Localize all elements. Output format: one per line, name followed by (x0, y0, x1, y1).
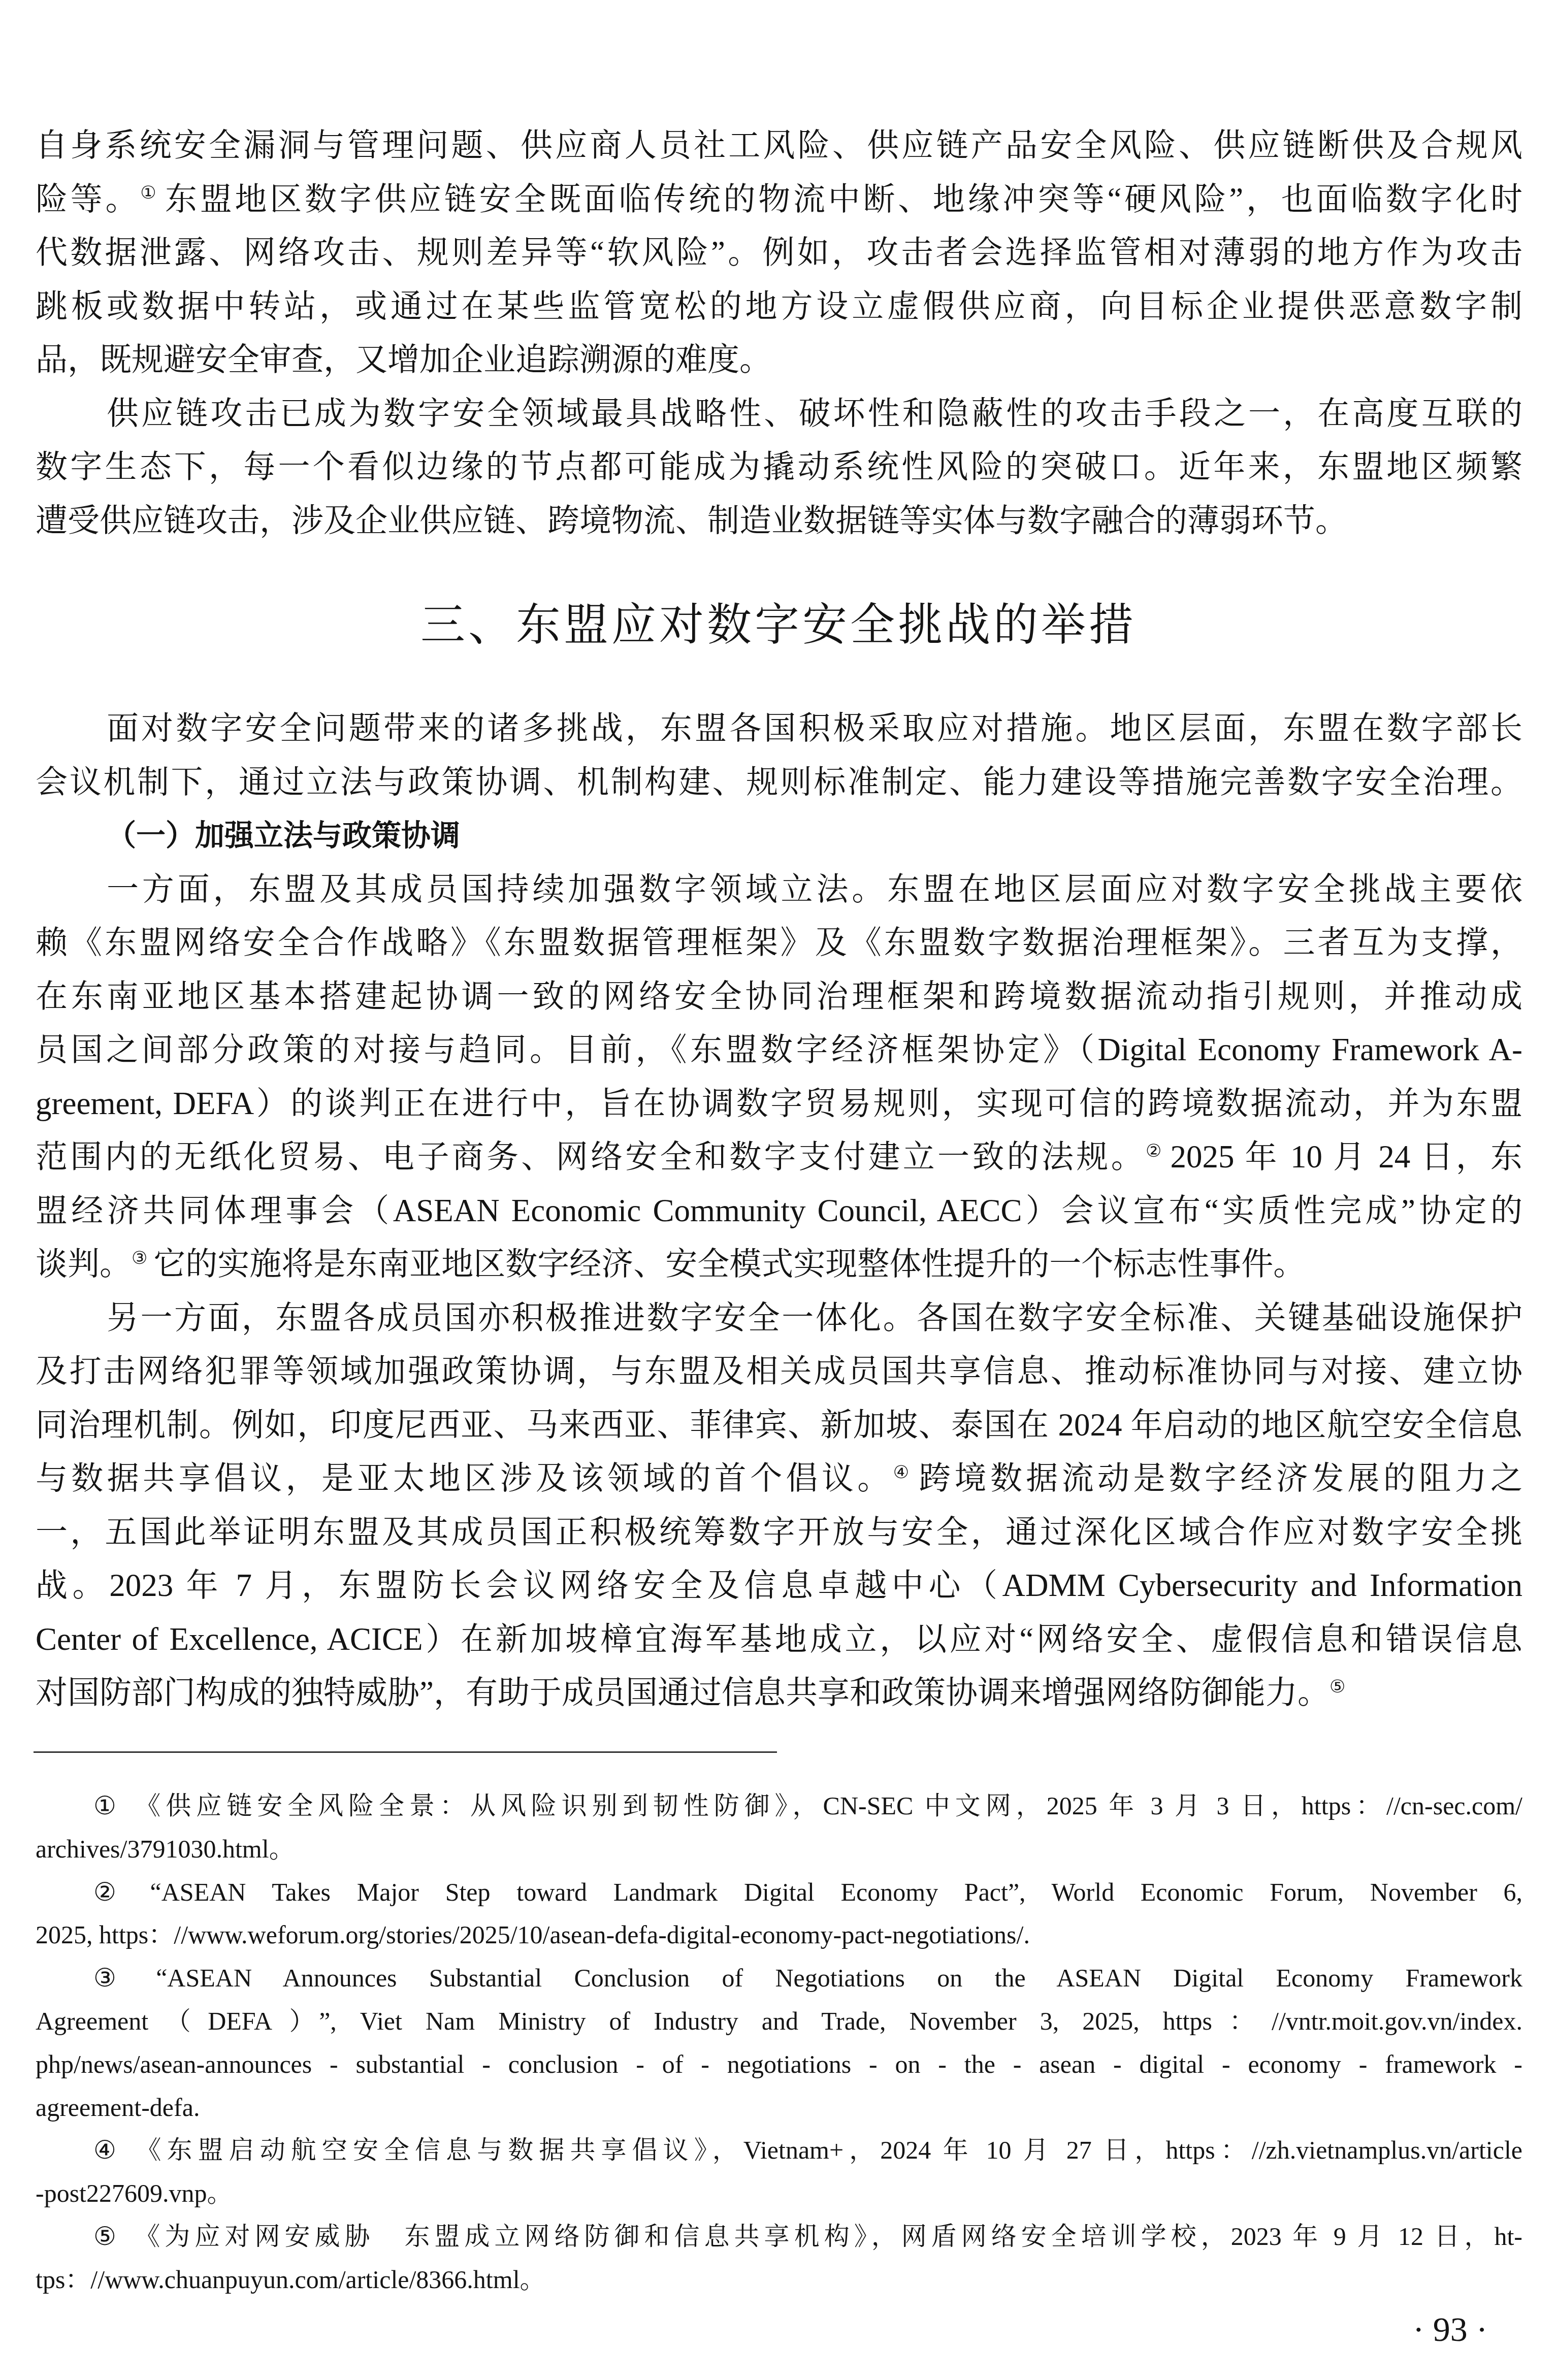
text-line: 谈判。③它的实施将是东南亚地区数字经济、安全模式实现整体性提升的一个标志性事件。 (36, 1237, 1522, 1291)
footnote-ref-4: ④ (893, 1463, 913, 1482)
page-number: · 93 · (1413, 2309, 1487, 2350)
text-line: 一方面，东盟及其成员国持续加强数字领域立法。东盟在地区层面应对数字安全挑战主要依 (36, 863, 1522, 917)
text-line: 险等。①东盟地区数字供应链安全既面临传统的物流中断、地缘冲突等“硬风险”，也面临… (36, 173, 1522, 226)
footnote-marker: ④ (93, 2136, 122, 2164)
line-text: 2025 年 10 月 24 日，东 (1170, 1139, 1522, 1175)
footnote-5: ⑤《为应对网安威胁 东盟成立网络防御和信息共享机构》，网盾网络安全培训学校，20… (36, 2215, 1522, 2301)
text-line: Center of Excellence, ACICE）在新加坡樟宜海军基地成立… (36, 1613, 1522, 1667)
body-text-top: 自身系统安全漏洞与管理问题、供应商人员社工风险、供应链产品安全风险、供应链断供及… (36, 119, 1522, 547)
line-text: 与数据共享倡议，是亚太地区涉及该领域的首个倡议。 (36, 1460, 893, 1496)
footnote-line: ①《供应链安全风险全景：从风险识别到韧性防御》，CN-SEC 中文网，2025 … (36, 1784, 1522, 1828)
footnote-ref-1: ① (140, 183, 159, 203)
section-heading: 三、东盟应对数字安全挑战的举措 (0, 594, 1557, 655)
text-line: 一，五国此举证明东盟及其成员国正积极统筹数字开放与安全，通过深化区域合作应对数字… (36, 1506, 1522, 1559)
footnote-line: -post227609.vnp。 (36, 2172, 1522, 2215)
text-line: 数字生态下，每一个看似边缘的节点都可能成为撬动系统性风险的突破口。近年来，东盟地… (36, 440, 1522, 494)
text-line: 在东南亚地区基本搭建起协调一致的网络安全协同治理框架和跨境数据流动指引规则，并推… (36, 970, 1522, 1024)
text-line: 会议机制下，通过立法与政策协调、机制构建、规则标准制定、能力建设等措施完善数字安… (36, 756, 1522, 809)
footnotes: ①《供应链安全风险全景：从风险识别到韧性防御》，CN-SEC 中文网，2025 … (36, 1784, 1522, 2301)
footnote-line: Agreement（DEFA）”, Viet Nam Ministry of I… (36, 2000, 1522, 2043)
text-line: 对国防部门构成的独特威胁”，有助于成员国通过信息共享和政策协调来增强网络防御能力… (36, 1666, 1522, 1720)
paragraph-supply-chain-attacks: 供应链攻击已成为数字安全领域最具战略性、破坏性和隐蔽性的攻击手段之一，在高度互联… (36, 387, 1522, 548)
footnote-3: ③“ASEAN Announces Substantial Conclusion… (36, 1957, 1522, 2129)
text-line: 供应链攻击已成为数字安全领域最具战略性、破坏性和隐蔽性的攻击手段之一，在高度互联… (36, 387, 1522, 441)
text-line: 及打击网络犯罪等领域加强政策协调，与东盟及相关成员国共享信息、推动标准协同与对接… (36, 1345, 1522, 1398)
footnote-marker: ① (93, 1791, 121, 1820)
footnote-line: agreement-defa. (36, 2086, 1522, 2129)
footnote-text: 《供应链安全风险全景：从风险识别到韧性防御》，CN-SEC 中文网，2025 年… (135, 1791, 1522, 1820)
line-text: 它的实施将是东南亚地区数字经济、安全模式实现整体性提升的一个标志性事件。 (153, 1246, 1305, 1282)
line-text: 跨境数据流动是数字经济发展的阻力之 (919, 1460, 1522, 1496)
footnote-ref-3: ③ (132, 1249, 147, 1268)
journal-page: 自身系统安全漏洞与管理问题、供应商人员社工风险、供应链产品安全风险、供应链断供及… (0, 0, 1557, 2380)
line-text: 东盟地区数字供应链安全既面临传统的物流中断、地缘冲突等“硬风险”，也面临数字化时 (165, 181, 1522, 217)
footnote-text: “ASEAN Announces Substantial Conclusion … (156, 1964, 1522, 1992)
footnote-ref-5: ⑤ (1329, 1677, 1345, 1697)
text-line: 自身系统安全漏洞与管理问题、供应商人员社工风险、供应链产品安全风险、供应链断供及… (36, 119, 1522, 173)
text-line: 品，既规避安全审查，又增加企业追踪溯源的难度。 (36, 333, 1522, 387)
text-line: 范围内的无纸化贸易、电子商务、网络安全和数字支付建立一致的法规。②2025 年 … (36, 1130, 1522, 1184)
footnote-marker: ② (93, 1878, 136, 1906)
paragraph-section-intro: 面对数字安全问题带来的诸多挑战，东盟各国积极采取应对措施。地区层面，东盟在数字部… (36, 702, 1522, 809)
footnote-line: ③“ASEAN Announces Substantial Conclusion… (36, 1957, 1522, 2000)
paragraph-continued: 自身系统安全漏洞与管理问题、供应商人员社工风险、供应链产品安全风险、供应链断供及… (36, 119, 1522, 387)
footnote-line: php/news/asean-announces - substantial -… (36, 2043, 1522, 2086)
footnote-marker: ⑤ (93, 2222, 121, 2251)
line-text: 谈判。 (36, 1246, 132, 1282)
text-line: 与数据共享倡议，是亚太地区涉及该领域的首个倡议。④跨境数据流动是数字经济发展的阻… (36, 1452, 1522, 1506)
footnote-divider (34, 1751, 777, 1753)
footnote-line: tps：//www.chuanpuyun.com/article/8366.ht… (36, 2258, 1522, 2301)
text-line: 面对数字安全问题带来的诸多挑战，东盟各国积极采取应对措施。地区层面，东盟在数字部… (36, 702, 1522, 756)
line-text: 险等。 (36, 181, 140, 217)
paragraph-member-states: 另一方面，东盟各成员国亦积极推进数字安全一体化。各国在数字安全标准、关键基础设施… (36, 1291, 1522, 1720)
line-text: 对国防部门构成的独特威胁”，有助于成员国通过信息共享和政策协调来增强网络防御能力… (36, 1675, 1329, 1710)
text-line: 跳板或数据中转站，或通过在某些监管宽松的地方设立虚假供应商，向目标企业提供恶意数… (36, 280, 1522, 334)
text-line: 赖《东盟网络安全合作战略》《东盟数据管理框架》及《东盟数字数据治理框架》。三者互… (36, 916, 1522, 970)
subsection-heading: （一）加强立法与政策协调 (36, 809, 1522, 863)
line-text: 范围内的无纸化贸易、电子商务、网络安全和数字支付建立一致的法规。 (36, 1139, 1146, 1175)
paragraph-legislation: 一方面，东盟及其成员国持续加强数字领域立法。东盟在地区层面应对数字安全挑战主要依… (36, 863, 1522, 1291)
footnote-marker: ③ (93, 1964, 142, 1992)
footnote-ref-2: ② (1146, 1142, 1164, 1161)
footnote-line: ⑤《为应对网安威胁 东盟成立网络防御和信息共享机构》，网盾网络安全培训学校，20… (36, 2215, 1522, 2258)
text-line: 员国之间部分政策的对接与趋同。目前，《东盟数字经济框架协定》（Digital E… (36, 1023, 1522, 1077)
footnote-text: 《为应对网安威胁 东盟成立网络防御和信息共享机构》，网盾网络安全培训学校，202… (135, 2222, 1522, 2251)
footnote-line: 2025, https：//www.weforum.org/stories/20… (36, 1913, 1522, 1957)
text-line: 战。2023 年 7 月，东盟防长会议网络安全及信息卓越中心（ADMM Cybe… (36, 1559, 1522, 1613)
footnote-2: ②“ASEAN Takes Major Step toward Landmark… (36, 1871, 1522, 1957)
footnote-text: 《东盟启动航空安全信息与数据共享倡议》，Vietnam+，2024 年 10 月… (136, 2136, 1522, 2164)
footnote-line: ④《东盟启动航空安全信息与数据共享倡议》，Vietnam+，2024 年 10 … (36, 2129, 1522, 2172)
text-line: 同治理机制。例如，印度尼西亚、马来西亚、菲律宾、新加坡、泰国在 2024 年启动… (36, 1398, 1522, 1452)
body-text-bottom: 面对数字安全问题带来的诸多挑战，东盟各国积极采取应对措施。地区层面，东盟在数字部… (36, 702, 1522, 1720)
footnote-line: archives/3791030.html。 (36, 1828, 1522, 1871)
footnote-line: ②“ASEAN Takes Major Step toward Landmark… (36, 1871, 1522, 1914)
footnote-1: ①《供应链安全风险全景：从风险识别到韧性防御》，CN-SEC 中文网，2025 … (36, 1784, 1522, 1871)
footnote-4: ④《东盟启动航空安全信息与数据共享倡议》，Vietnam+，2024 年 10 … (36, 2129, 1522, 2215)
text-line: 代数据泄露、网络攻击、规则差异等“软风险”。例如，攻击者会选择监管相对薄弱的地方… (36, 226, 1522, 280)
footnote-text: “ASEAN Takes Major Step toward Landmark … (150, 1878, 1522, 1906)
text-line: 盟经济共同体理事会（ASEAN Economic Community Counc… (36, 1184, 1522, 1238)
text-line: 另一方面，东盟各成员国亦积极推进数字安全一体化。各国在数字安全标准、关键基础设施… (36, 1291, 1522, 1345)
text-line: 遭受供应链攻击，涉及企业供应链、跨境物流、制造业数据链等实体与数字融合的薄弱环节… (36, 494, 1522, 548)
text-line: greement, DEFA）的谈判正在进行中，旨在协调数字贸易规则，实现可信的… (36, 1077, 1522, 1131)
